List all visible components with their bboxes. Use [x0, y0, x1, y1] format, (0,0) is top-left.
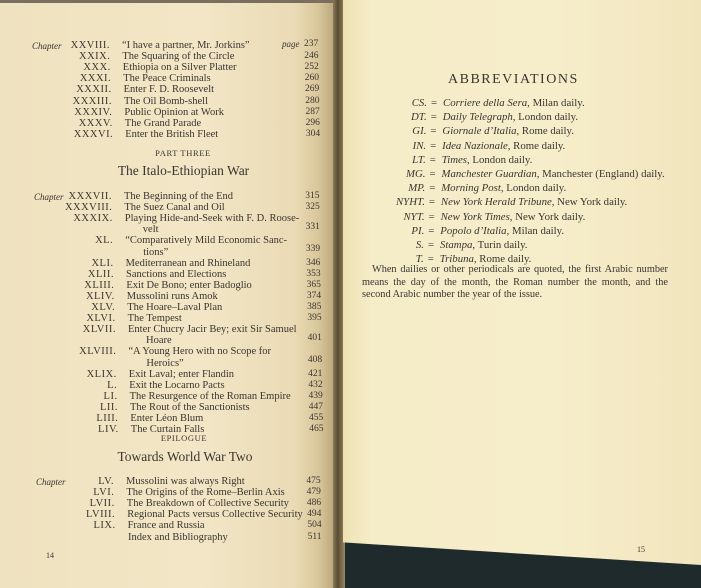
- part-title: The Italo-Ethiopian War: [64, 163, 304, 179]
- chapter-number: XXXVI.: [43, 129, 113, 140]
- abbreviation-key: DT.: [357, 111, 427, 123]
- abbreviation-meaning: Manchester Guardian, Manchester (England…: [442, 168, 665, 180]
- page-number: 494: [307, 509, 329, 520]
- chapter-title: Index and Bibliography: [128, 532, 228, 543]
- abbreviation-meaning: Daily Telegraph, London daily.: [443, 111, 578, 123]
- chapter-number: XXXIX.: [43, 213, 113, 224]
- chapter-number: XLVIII.: [46, 346, 116, 357]
- chapter-number: LIX.: [46, 520, 116, 531]
- chapter-title: Exit Laval; enter Flandin: [129, 369, 234, 380]
- abbreviation-meaning: New York Herald Tribune, New York daily.: [441, 196, 627, 208]
- chapter-number: LI.: [48, 391, 118, 402]
- chapter-title: Sanctions and Elections: [126, 269, 226, 280]
- page-number: 325: [305, 202, 327, 213]
- chapter-title: Mediterranean and Rhineland: [126, 258, 251, 269]
- newspaper-title: Giornale d’Italia: [442, 125, 516, 137]
- chapter-title: Exit De Bono; enter Badoglio: [126, 280, 251, 291]
- chapter-title: The Squaring of the Circle: [122, 51, 234, 62]
- chapter-title: Regional Pacts versus Collective Securit…: [127, 509, 303, 520]
- newspaper-title: Stampa: [440, 239, 472, 251]
- newspaper-title: Corriere della Sera: [443, 97, 527, 109]
- chapter-title: The Peace Criminals: [123, 73, 210, 84]
- equals-sign: =: [429, 182, 435, 194]
- chapter-number: LVI.: [44, 487, 114, 498]
- chapter-title: Ethiopia on a Silver Platter: [123, 62, 237, 73]
- page-word: page: [282, 39, 300, 50]
- chapter-title: Enter the British Fleet: [125, 129, 218, 140]
- chapter-number: XXXI.: [41, 73, 111, 84]
- chapter-number: LVII.: [45, 498, 115, 509]
- abbreviation-key: GI.: [356, 125, 426, 137]
- chapter-number: LIII.: [48, 413, 118, 424]
- chapter-title: Enter Chucry Jacir Bey; exit Sir Samuel: [128, 324, 297, 335]
- chapter-title: The Rout of the Sanctionists: [130, 402, 250, 413]
- chapter-title: The Suez Canal and Oil: [124, 202, 224, 213]
- page-number: 280: [305, 96, 327, 107]
- equals-sign: =: [431, 97, 437, 109]
- page-number: 269: [305, 84, 327, 95]
- page-number: 365: [307, 280, 329, 291]
- chapter-number: XXXVII.: [42, 191, 112, 202]
- left-folio: 14: [46, 551, 54, 560]
- newspaper-title: New York Herald Tribune: [441, 196, 552, 208]
- abbreviation-meaning: Morning Post, London daily.: [441, 182, 566, 194]
- newspaper-title: Popolo d’Italia: [440, 225, 506, 237]
- newspaper-title: Daily Telegraph: [443, 111, 513, 123]
- abbreviation-meaning: Corriere della Sera, Milan daily.: [443, 97, 585, 109]
- abbreviations-note: When dailies or other periodicals are qu…: [362, 264, 668, 302]
- page-number: 439: [309, 391, 331, 402]
- page-number: 447: [309, 402, 331, 413]
- right-folio: 15: [637, 545, 645, 554]
- equals-sign: =: [428, 225, 434, 237]
- chapter-title: Playing Hide-and-Seek with F. D. Roose-: [125, 213, 299, 224]
- chapter-number: LVIII.: [45, 509, 115, 520]
- chapter-number: XLI.: [44, 258, 114, 269]
- chapter-title: Public Opinion at Work: [124, 107, 224, 118]
- left-page: ChapterXXVIII.“I have a partner, Mr. Jor…: [0, 3, 335, 588]
- page-number: 504: [307, 520, 329, 531]
- chapter-number: L.: [47, 380, 117, 391]
- equals-sign: =: [430, 154, 436, 166]
- page-number: 353: [306, 269, 328, 280]
- chapter-title: Enter F. D. Roosevelt: [124, 84, 214, 95]
- chapter-title: “I have a partner, Mr. Jorkins”: [122, 40, 250, 51]
- chapter-number: XLVII.: [46, 324, 116, 335]
- page-number: 246: [304, 51, 326, 62]
- page-number: 296: [306, 118, 328, 129]
- chapter-title: “A Young Hero with no Scope for: [128, 346, 271, 357]
- chapter-title: Exit the Locarno Pacts: [129, 380, 224, 391]
- chapter-title: The Resurgence of the Roman Empire: [130, 391, 291, 402]
- chapter-number: XLV.: [45, 302, 115, 313]
- page-number: 304: [306, 129, 328, 140]
- chapter-title-continuation: Hoare: [146, 335, 172, 346]
- chapter-title: Enter Léon Blum: [130, 413, 203, 424]
- page-number: 421: [308, 369, 330, 380]
- toc-entry: Index and Bibliography511: [0, 532, 335, 544]
- abbreviation-meaning: New York Times, New York daily.: [441, 211, 586, 223]
- chapter-number: XLIII.: [44, 280, 114, 291]
- equals-sign: =: [431, 111, 437, 123]
- chapter-number: XXXII.: [42, 84, 112, 95]
- page-number: 395: [307, 313, 329, 324]
- chapter-title: The Beginning of the End: [124, 191, 233, 202]
- chapter-number: XXXVIII.: [42, 202, 112, 213]
- abbreviation-key: LT.: [356, 154, 426, 166]
- chapter-number: XXXIII.: [42, 96, 112, 107]
- chapter-number: XXXV.: [43, 118, 113, 129]
- equals-sign: =: [430, 125, 436, 137]
- abbreviations-heading: ABBREVIATIONS: [448, 72, 579, 88]
- chapter-title-continuation: Heroics”: [146, 358, 183, 369]
- abbreviation-key: MP.: [355, 182, 425, 194]
- equals-sign: =: [430, 168, 436, 180]
- page-number: 479: [307, 487, 329, 498]
- chapter-number: XL.: [43, 235, 113, 246]
- equals-sign: =: [430, 140, 436, 152]
- abbreviation-meaning: Popolo d’Italia, Milan daily.: [440, 225, 564, 237]
- part-label: PART THREE: [83, 148, 283, 158]
- abbreviation-key: PI.: [354, 225, 424, 237]
- chapter-title-continuation: velt: [143, 224, 159, 235]
- page-number: 315: [305, 191, 327, 202]
- page-number: 237: [304, 39, 326, 50]
- equals-sign: =: [429, 196, 435, 208]
- equals-sign: =: [428, 239, 434, 251]
- newspaper-title: Idea Nazionale: [442, 140, 508, 152]
- abbreviation-meaning: Times, London daily.: [442, 154, 532, 166]
- abbreviation-key: MG.: [356, 168, 426, 180]
- abbreviation-key: S.: [354, 239, 424, 251]
- chapter-title: The Origins of the Rome–Berlin Axis: [126, 487, 284, 498]
- part-title: Towards World War Two: [65, 449, 305, 465]
- abbreviation-key: NYHT.: [355, 196, 425, 208]
- chapter-title-continuation: tions”: [143, 247, 168, 258]
- chapter-number: XXIX.: [40, 51, 110, 62]
- chapter-number: XXX.: [41, 62, 111, 73]
- chapter-title: “Comparatively Mild Economic Sanc-: [125, 235, 287, 246]
- chapter-title: France and Russia: [128, 520, 205, 531]
- equals-sign: =: [429, 211, 435, 223]
- abbreviation-key: NYT.: [355, 211, 425, 223]
- page-number: 465: [309, 424, 331, 435]
- chapter-number: XXXIV.: [42, 107, 112, 118]
- abbreviation-key: CS.: [357, 97, 427, 109]
- chapter-number: XLVI.: [46, 313, 116, 324]
- page-number: 260: [305, 73, 327, 84]
- chapter-title: The Oil Bomb-shell: [124, 96, 208, 107]
- page-number: 374: [307, 291, 329, 302]
- chapter-title: Mussolini runs Amok: [127, 291, 218, 302]
- abbreviation-meaning: Idea Nazionale, Rome daily.: [442, 140, 565, 152]
- part-label: EPILOGUE: [84, 433, 284, 443]
- page-number: 385: [307, 302, 329, 313]
- abbreviation-meaning: Stampa, Turin daily.: [440, 239, 528, 251]
- page-number: 346: [306, 258, 328, 269]
- chapter-number: LII.: [48, 402, 118, 413]
- chapter-title: The Breakdown of Collective Security: [127, 498, 289, 509]
- chapter-title: The Hoare–Laval Plan: [127, 302, 222, 313]
- chapter-number: XXVIII.: [40, 40, 110, 51]
- chapter-title: Mussolini was always Right: [126, 476, 245, 487]
- page-number: 511: [308, 532, 330, 543]
- chapter-number: XLII.: [44, 269, 114, 280]
- chapter-number: LV.: [44, 476, 114, 487]
- newspaper-title: Manchester Guardian: [442, 168, 537, 180]
- toc-entry: XXXVI.Enter the British Fleet304: [0, 129, 335, 141]
- page-number: 486: [307, 498, 329, 509]
- page-number: 252: [304, 62, 326, 73]
- page-number: 432: [308, 380, 330, 391]
- chapter-number: XLIX.: [47, 369, 117, 380]
- abbreviation-meaning: Giornale d’Italia, Rome daily.: [442, 125, 574, 137]
- chapter-title: The Tempest: [128, 313, 182, 324]
- newspaper-title: New York Times: [441, 211, 510, 223]
- chapter-number: XLIV.: [45, 291, 115, 302]
- page-number: 475: [306, 476, 328, 487]
- newspaper-title: Morning Post: [441, 182, 501, 194]
- page-number: 455: [309, 413, 331, 424]
- chapter-title: The Grand Parade: [125, 118, 201, 129]
- newspaper-title: Times: [442, 154, 467, 166]
- abbreviation-key: IN.: [356, 140, 426, 152]
- page-number: 287: [305, 107, 327, 118]
